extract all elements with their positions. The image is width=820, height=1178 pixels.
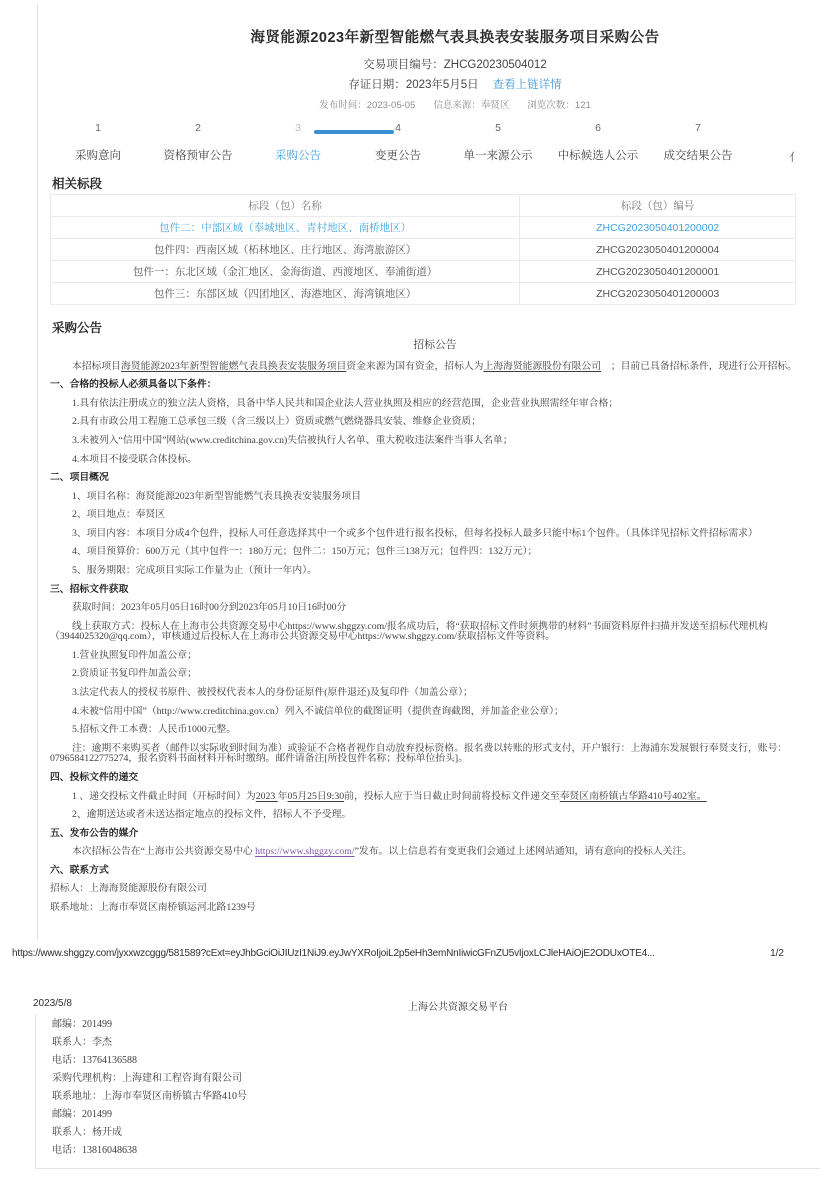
- step-label: 资格预审公告: [148, 147, 248, 163]
- text-run: 线上获取方式：投标人在上海市公共资源交易中心https://www.shggzy…: [50, 621, 768, 643]
- underlined-text: 2023: [256, 791, 278, 802]
- info-source-value: 奉贤区: [481, 100, 510, 111]
- step-8-partial: 亻: [789, 149, 794, 163]
- underlined-text: 上海海贤能源股份有限公司: [483, 361, 601, 372]
- page-indicator: 1/2: [770, 948, 784, 959]
- page-title: 海贤能源2023年新型智能燃气表具换表安装服务项目采购公告: [50, 26, 820, 47]
- contact-info-line: 联系人：李杰: [52, 1034, 752, 1052]
- package-name-header: 标段（包）名称: [51, 195, 520, 217]
- contact-info-line: 联系人：杨开成: [52, 1124, 752, 1142]
- procurement-step-nav: 亻 1采购意向2资格预审公告3采购公告4变更公告5单一来源公示6中标候选人公示7…: [48, 122, 820, 166]
- page2-print-header: 2023/5/8 上海公共资源交易平台: [0, 998, 820, 1013]
- announcement-paragraph: 2、逾期送达或者未送达指定地点的投标文件，招标人不予受理。: [50, 810, 820, 821]
- underlined-text: 奉贤区南桥镇古华路410号402室。: [560, 791, 707, 802]
- text-run: 5、服务期限：完成项目实际工作量为止（预计一年内）。: [72, 565, 317, 576]
- footer-url: https://www.shggzy.com/jyxxwzcggg/581589…: [12, 948, 655, 959]
- step-label: 采购意向: [48, 147, 148, 163]
- step-number: 6: [548, 122, 648, 136]
- package-row: 包件四：西南区域（柘林地区、庄行地区、海湾旅游区）ZHCG20230504012…: [51, 239, 796, 261]
- announcement-section-heading: 五、发布公告的媒介: [50, 829, 820, 840]
- announcement-paragraph: 获取时间：2023年05月05日16时00分到2023年05月10日16时00分: [50, 603, 820, 614]
- announcement-paragraph: 2.具有市政公用工程施工总承包三级（含三级以上）资质或燃气燃烧器具安装、维修企业…: [50, 417, 820, 428]
- announcement-section-heading: 一、合格的投标人必须具备以下条件：: [50, 380, 820, 391]
- text-run: 年: [278, 791, 288, 802]
- package-name-cell[interactable]: 包件二：中部区域（奉城地区、青村地区、南桥地区）: [51, 217, 520, 239]
- announcement-paragraph: 1.具有依法注册成立的独立法人资格，具备中华人民共和国企业法人营业执照及相应的经…: [50, 399, 820, 410]
- text-run: 2.具有市政公用工程施工总承包三级（含三级以上）资质或燃气燃烧器具安装、维修企业…: [72, 416, 481, 427]
- text-run: 2、逾期送达或者未送达指定地点的投标文件，招标人不予受理。: [72, 809, 351, 820]
- trade-project-number: 交易项目编号：ZHCG20230504012: [50, 56, 820, 72]
- step-label: 变更公告: [348, 147, 448, 163]
- pdf-page-view: 海贤能源2023年新型智能燃气表具换表安装服务项目采购公告 交易项目编号：ZHC…: [0, 0, 820, 1178]
- step-label: 单一来源公示: [448, 147, 548, 163]
- announcement-paragraph: 3.法定代表人的授权书原件、被授权代表本人的身份证原件(原件退还)及复印件（加盖…: [50, 688, 820, 699]
- announcement-paragraph: 4、项目预算价：600万元（其中包件一：180万元；包件二：150万元；包件三1…: [50, 547, 820, 558]
- project-no-value: ZHCG20230504012: [444, 59, 547, 71]
- step-tab-7[interactable]: 7成交结果公告: [648, 122, 748, 163]
- text-run: 六、联系方式: [50, 865, 109, 876]
- cert-date-label: 存证日期：: [348, 79, 406, 91]
- package-row: 包件一：东北区域（金汇地区、金海街道、西渡地区、奉浦街道）ZHCG2023050…: [51, 261, 796, 283]
- package-name-cell: 包件四：西南区域（柘林地区、庄行地区、海湾旅游区）: [51, 239, 520, 261]
- announcement-paragraph: 4.本项目不接受联合体投标。: [50, 455, 820, 466]
- publish-time-label: 发布时间：: [319, 100, 367, 111]
- announcement-paragraph: 本次招标公告在“上海市公共资源交易中心 https://www.shggzy.c…: [50, 847, 820, 858]
- view-chain-detail-link[interactable]: 查看上链详情: [493, 79, 562, 91]
- text-run: 1.营业执照复印件加盖公章；: [72, 650, 197, 661]
- text-run: 一、合格的投标人必须具备以下条件：: [50, 379, 217, 390]
- announcement-paragraph: 线上获取方式：投标人在上海市公共资源交易中心https://www.shggzy…: [50, 622, 820, 643]
- announcement-paragraph: 联系地址：上海市奉贤区南桥镇运河北路1239号: [50, 903, 820, 914]
- text-run: 四、投标文件的递交: [50, 772, 138, 783]
- announcement-paragraph: 招标人：上海海贤能源股份有限公司: [50, 884, 820, 895]
- announcement-paragraph: 4.未被“信用中国”（http://www.creditchina.gov.cn…: [50, 707, 820, 718]
- package-code-cell: ZHCG2023050401200003: [520, 283, 796, 305]
- page2-left-border: [35, 1014, 36, 1168]
- step-label: 中标候选人公示: [548, 147, 648, 163]
- announcement-paragraph: 1、项目名称：海贤能源2023年新型智能燃气表具换表安装服务项目: [50, 492, 820, 503]
- text-run: 4.本项目不接受联合体投标。: [72, 454, 197, 465]
- contact-info-line: 采购代理机构：上海建和工程咨询有限公司: [52, 1070, 752, 1088]
- announcement-paragraph: 3.未被列入“信用中国”网站(www.creditchina.gov.cn)失信…: [50, 436, 820, 447]
- step-number: 7: [648, 122, 748, 136]
- announcement-body: 招标公告本招标项目海贤能源2023年新型智能燃气表具换表安装服务项目资金来源为国…: [50, 340, 820, 922]
- underlined-text: 海贤能源2023年新型智能燃气表具换表安装服务项目: [121, 361, 346, 372]
- package-code-cell: ZHCG2023050401200004: [520, 239, 796, 261]
- publish-meta-line: 发布时间：2023-05-05信息来源：奉贤区浏览次数：121: [50, 97, 820, 111]
- step-number: 2: [148, 122, 248, 136]
- announcement-section-heading: 六、联系方式: [50, 866, 820, 877]
- page2-contact-info: 邮编：201499联系人：李杰电话：13764136588采购代理机构：上海建和…: [52, 1016, 752, 1160]
- step-number: 4: [348, 122, 448, 136]
- step-number: 5: [448, 122, 548, 136]
- announcement-paragraph: 2.资质证书复印件加盖公章；: [50, 669, 820, 680]
- package-name-cell: 包件一：东北区域（金汇地区、金海街道、西渡地区、奉浦街道）: [51, 261, 520, 283]
- announcement-section-heading: 二、项目概况: [50, 473, 820, 484]
- step-tab-4[interactable]: 4变更公告: [348, 122, 448, 163]
- contact-info-line: 邮编：201499: [52, 1106, 752, 1124]
- package-table: 标段（包）名称 标段（包）编号 包件二：中部区域（奉城地区、青村地区、南桥地区）…: [50, 194, 796, 305]
- contact-info-line: 电话：13816048638: [52, 1142, 752, 1160]
- text-run: 联系地址：上海市奉贤区南桥镇运河北路1239号: [50, 902, 256, 913]
- contact-info-line: 邮编：201499: [52, 1016, 752, 1034]
- announcement-paragraph: 注：逾期不来购买者（邮件以实际收到时间为准）或验证不合格者视作自动放弃投标资格。…: [50, 744, 820, 765]
- text-run: 二、项目概况: [50, 472, 109, 483]
- step-tab-2[interactable]: 2资格预审公告: [148, 122, 248, 163]
- view-count-label: 浏览次数：: [527, 100, 575, 111]
- related-sections-heading: 相关标段: [52, 174, 102, 192]
- underlined-text: 05月25日: [288, 791, 327, 802]
- page1-left-border: [37, 4, 38, 940]
- contact-info-line: 联系地址：上海市奉贤区南桥镇古华路410号: [52, 1088, 752, 1106]
- print-date: 2023/5/8: [33, 998, 72, 1009]
- text-run: 获取时间：2023年05月05日16时00分到2023年05月10日16时00分: [72, 602, 346, 613]
- text-run: 招标公告: [413, 339, 456, 351]
- text-run: 资金来源为国有资金，招标人为: [346, 361, 483, 372]
- package-row: 包件三：东部区域（四团地区、海港地区、海湾镇地区）ZHCG20230504012…: [51, 283, 796, 305]
- announcement-paragraph: 5、服务期限：完成项目实际工作量为止（预计一年内）。: [50, 566, 820, 577]
- package-code-cell: ZHCG2023050401200001: [520, 261, 796, 283]
- text-run: 招标人：上海海贤能源股份有限公司: [50, 883, 207, 894]
- announcement-paragraph: 招标公告: [50, 340, 820, 352]
- text-run: 1 、递交投标文件截止时间（开标时间）为: [72, 791, 256, 802]
- announcement-paragraph: 5.招标文件工本费：人民币1000元整。: [50, 725, 820, 736]
- step-label: 采购公告: [248, 147, 348, 163]
- text-run: 前，投标人应于当日截止时间前将投标文件递交至: [344, 791, 560, 802]
- package-code-cell[interactable]: ZHCG2023050401200002: [520, 217, 796, 239]
- text-run: 注：逾期不来购买者（邮件以实际收到时间为准）或验证不合格者视作自动放弃投标资格。…: [50, 743, 787, 765]
- text-run: 本招标项目: [72, 361, 121, 372]
- info-source-label: 信息来源：: [433, 100, 481, 111]
- text-run: 2、项目地点：奉贤区: [72, 509, 165, 520]
- announcement-paragraph: 1.营业执照复印件加盖公章；: [50, 651, 820, 662]
- text-run: 3.未被列入“信用中国”网站(www.creditchina.gov.cn)失信…: [72, 435, 513, 446]
- step-number: 3: [248, 122, 348, 136]
- text-run: 2.资质证书复印件加盖公章；: [72, 668, 197, 679]
- platform-title: 上海公共资源交易平台: [0, 998, 820, 1013]
- visited-url-link[interactable]: https://www.shggzy.com/: [255, 846, 354, 857]
- step-tab-1[interactable]: 1采购意向: [48, 122, 148, 163]
- announcement-paragraph: 本招标项目海贤能源2023年新型智能燃气表具换表安装服务项目资金来源为国有资金，…: [50, 362, 820, 373]
- announcement-heading: 采购公告: [52, 318, 102, 336]
- project-no-label: 交易项目编号：: [363, 59, 444, 71]
- step-number: 1: [48, 122, 148, 136]
- page1-print-footer: https://www.shggzy.com/jyxxwzcggg/581589…: [12, 948, 812, 959]
- page2-bottom-divider: [35, 1168, 820, 1169]
- text-run: 五、发布公告的媒介: [50, 828, 138, 839]
- text-run: 1、项目名称：海贤能源2023年新型智能燃气表具换表安装服务项目: [72, 491, 361, 502]
- text-run: ”发布。以上信息若有变更我们会通过上述网站通知，请有意向的投标人关注。: [355, 846, 692, 857]
- text-run: 4.未被“信用中国”（http://www.creditchina.gov.cn…: [72, 706, 564, 717]
- text-run: 3、项目内容：本项目分成4个包件，投标人可任意选择其中一个或多个包件进行报名投标…: [72, 528, 758, 539]
- underlined-text: 9:30: [327, 791, 344, 802]
- package-code-header: 标段（包）编号: [520, 195, 796, 217]
- announcement-paragraph: 3、项目内容：本项目分成4个包件，投标人可任意选择其中一个或多个包件进行报名投标…: [50, 529, 820, 540]
- text-run: 本次招标公告在“上海市公共资源交易中心: [72, 846, 255, 857]
- announcement-section-heading: 四、投标文件的递交: [50, 773, 820, 784]
- step-tab-5[interactable]: 5单一来源公示: [448, 122, 548, 163]
- step-label: 成交结果公告: [648, 147, 748, 163]
- text-run: ；目前已具备招标条件，现进行公开招标。: [601, 361, 797, 372]
- package-row: 包件二：中部区域（奉城地区、青村地区、南桥地区）ZHCG202305040120…: [51, 217, 796, 239]
- publish-time-value: 2023-05-05: [367, 100, 416, 111]
- contact-info-line: 电话：13764136588: [52, 1052, 752, 1070]
- view-count-value: 121: [575, 100, 591, 111]
- announcement-paragraph: 1 、递交投标文件截止时间（开标时间）为2023 年05月25日9:30前，投标…: [50, 792, 820, 803]
- announcement-paragraph: 2、项目地点：奉贤区: [50, 510, 820, 521]
- text-run: 1.具有依法注册成立的独立法人资格，具备中华人民共和国企业法人营业执照及相应的经…: [72, 398, 618, 409]
- text-run: 三、招标文件获取: [50, 584, 128, 595]
- text-run: 4、项目预算价：600万元（其中包件一：180万元；包件二：150万元；包件三1…: [72, 546, 537, 557]
- announcement-section-heading: 三、招标文件获取: [50, 585, 820, 596]
- package-name-cell: 包件三：东部区域（四团地区、海港地区、海湾镇地区）: [51, 283, 520, 305]
- step-tab-6[interactable]: 6中标候选人公示: [548, 122, 648, 163]
- text-run: 5.招标文件工本费：人民币1000元整。: [72, 724, 236, 735]
- cert-date-line: 存证日期：2023年5月5日查看上链详情: [50, 76, 820, 92]
- step-tab-3[interactable]: 3采购公告: [248, 122, 348, 163]
- text-run: 3.法定代表人的授权书原件、被授权代表本人的身份证原件(原件退还)及复印件（加盖…: [72, 687, 473, 698]
- cert-date-value: 2023年5月5日: [406, 79, 479, 91]
- table-header-row: 标段（包）名称 标段（包）编号: [51, 195, 796, 217]
